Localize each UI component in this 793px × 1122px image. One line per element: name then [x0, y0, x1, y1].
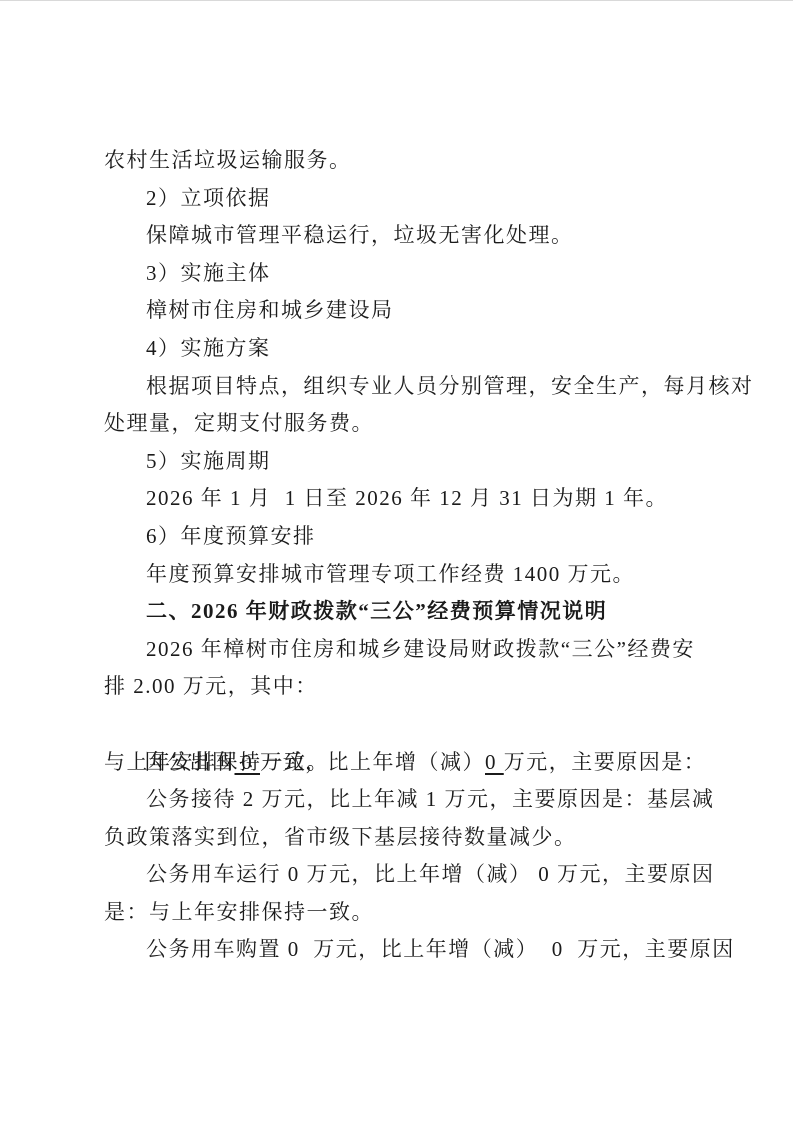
subheading-project-basis: 2）立项依据 — [104, 180, 690, 218]
paragraph-line-official-reception-2: 负政策落实到位，省市级下基层接待数量减少。 — [104, 819, 690, 857]
paragraph-line-three-public-intro-2: 排 2.00 万元，其中： — [104, 668, 690, 706]
paragraph-line-vehicle-operation-1: 公务用车运行 0 万元，比上年增（减） 0 万元，主要原因 — [104, 856, 690, 894]
paragraph-line-three-public-intro-1: 2026 年樟树市住房和城乡建设局财政拨款“三公”经费安 — [104, 631, 690, 669]
paragraph-line-budget-amount: 年度预算安排城市管理专项工作经费 1400 万元。 — [104, 556, 690, 594]
document-page: 农村生活垃圾运输服务。 2）立项依据 保障城市管理平稳运行，垃圾无害化处理。 3… — [0, 0, 793, 1122]
section-heading-three-public-funds: 二、2026 年财政拨款“三公”经费预算情况说明 — [104, 593, 690, 631]
paragraph-line-service-desc-end: 农村生活垃圾运输服务。 — [104, 142, 690, 180]
subheading-annual-budget: 6）年度预算安排 — [104, 518, 690, 556]
paragraph-line-official-reception-1: 公务接待 2 万元，比上年减 1 万元，主要原因是：基层减 — [104, 781, 690, 819]
paragraph-line-vehicle-operation-2: 是：与上年安排保持一致。 — [104, 894, 690, 932]
subheading-implementing-body: 3）实施主体 — [104, 255, 690, 293]
paragraph-line-basis-text: 保障城市管理平稳运行，垃圾无害化处理。 — [104, 217, 690, 255]
subheading-implementation-period: 5）实施周期 — [104, 443, 690, 481]
paragraph-line-overseas-travel: 因公出国 0 万元，比上年增（减）0 万元，主要原因是： — [104, 706, 690, 744]
paragraph-line-period-text: 2026 年 1 月 1 日至 2026 年 12 月 31 日为期 1 年。 — [104, 480, 690, 518]
subheading-implementation-plan: 4）实施方案 — [104, 330, 690, 368]
paragraph-line-plan-text-1: 根据项目特点，组织专业人员分别管理，安全生产，每月核对 — [104, 368, 690, 406]
paragraph-line-bureau-name: 樟树市住房和城乡建设局 — [104, 292, 690, 330]
paragraph-line-vehicle-purchase: 公务用车购置 0 万元，比上年增（减） 0 万元，主要原因 — [104, 931, 690, 969]
underlined-amount: 0 — [485, 750, 504, 774]
paragraph-line-plan-text-2: 处理量，定期支付服务费。 — [104, 405, 690, 443]
text-segment: 万元，主要原因是： — [504, 750, 707, 774]
document-body: 农村生活垃圾运输服务。 2）立项依据 保障城市管理平稳运行，垃圾无害化处理。 3… — [104, 142, 690, 969]
